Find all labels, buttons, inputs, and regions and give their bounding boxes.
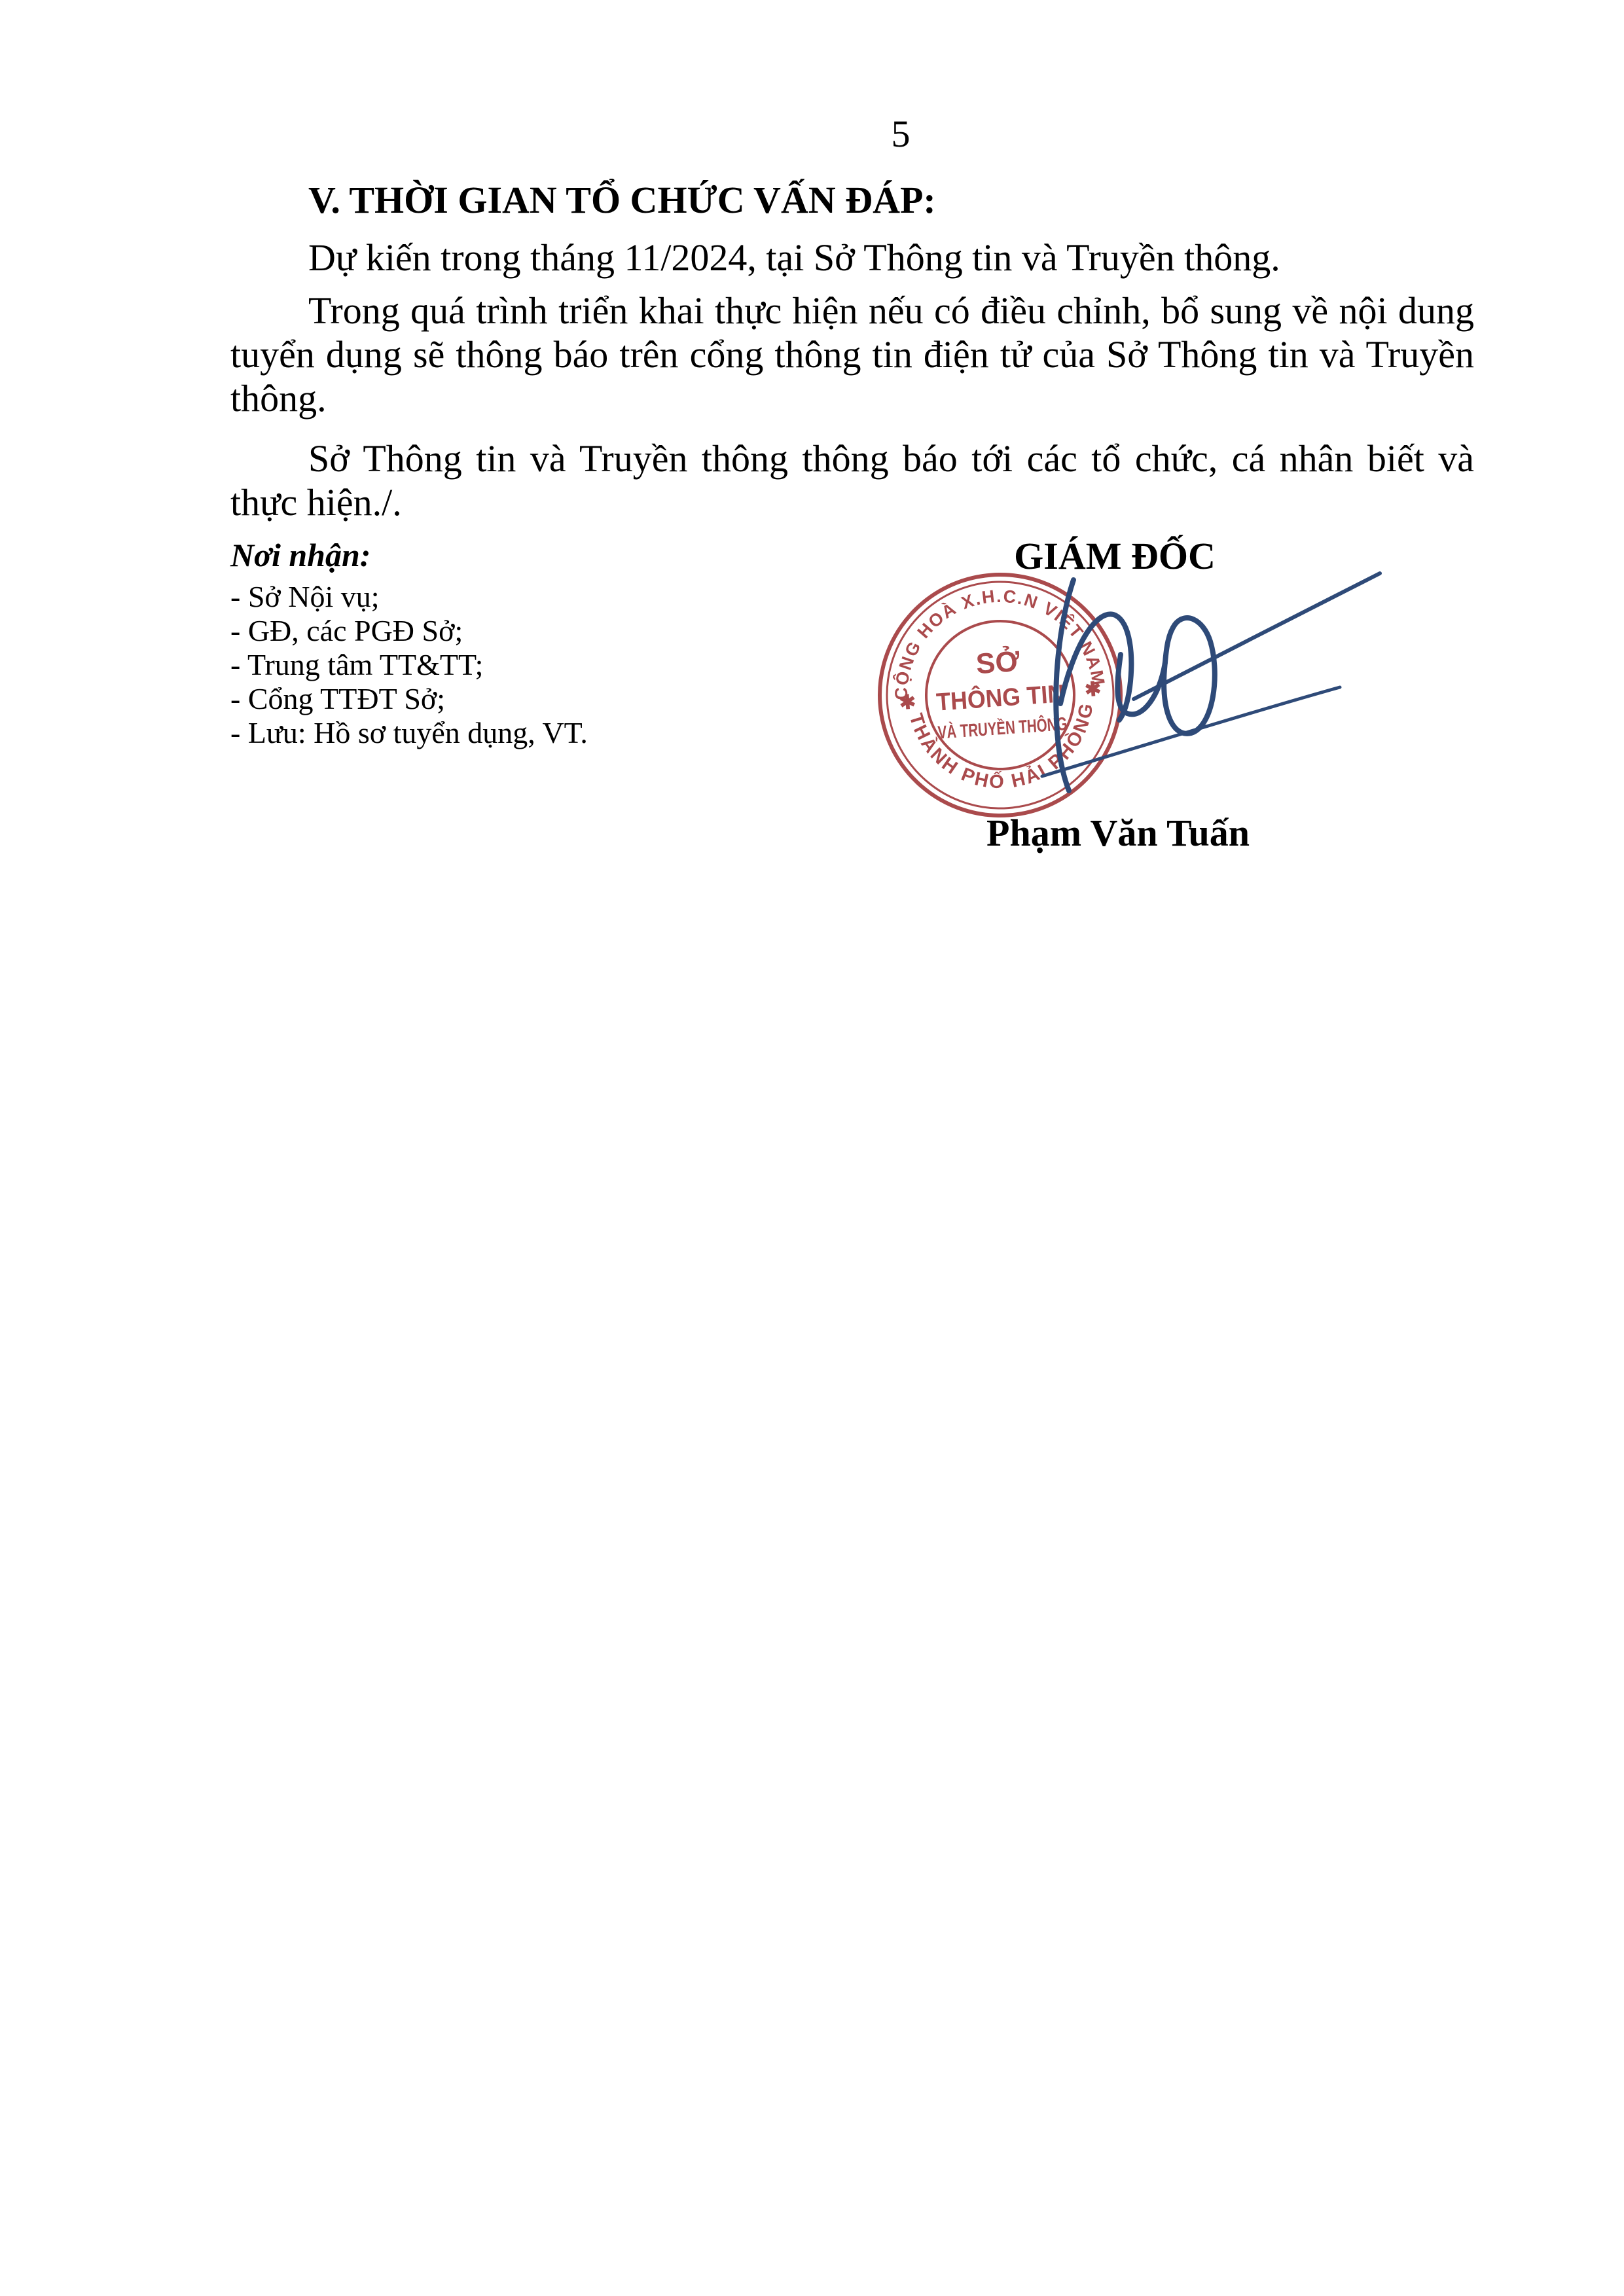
signature-lower-flourish-stroke bbox=[1042, 687, 1340, 776]
document-content: 5 V. THỜI GIAN TỔ CHỨC VẤN ĐÁP: Dự kiến … bbox=[230, 0, 1474, 524]
recipient-item: - GĐ, các PGĐ Sở; bbox=[230, 614, 588, 648]
document-page: 5 V. THỜI GIAN TỔ CHỨC VẤN ĐÁP: Dự kiến … bbox=[0, 0, 1624, 2296]
paragraph-announcement: Sở Thông tin và Truyền thông thông báo t… bbox=[230, 437, 1474, 524]
signer-name: Phạm Văn Tuấn bbox=[915, 812, 1321, 854]
recipient-item: - Cổng TTĐT Sở; bbox=[230, 682, 588, 716]
stamp-center-line-1: SỞ bbox=[975, 644, 1021, 681]
paragraph-schedule: Dự kiến trong tháng 11/2024, tại Sở Thôn… bbox=[230, 236, 1474, 279]
recipient-item: - Sở Nội vụ; bbox=[230, 580, 588, 614]
section-heading: V. THỜI GIAN TỔ CHỨC VẤN ĐÁP: bbox=[230, 177, 1474, 224]
recipient-item: - Lưu: Hồ sơ tuyển dụng, VT. bbox=[230, 716, 588, 750]
page-number: 5 bbox=[230, 111, 1474, 157]
recipients-list: - Sở Nội vụ; - GĐ, các PGĐ Sở; - Trung t… bbox=[230, 580, 588, 750]
paragraph-adjustment-notice: Trong quá trình triển khai thực hiện nếu… bbox=[230, 289, 1474, 420]
handwritten-signature bbox=[1018, 560, 1398, 808]
signature-loop-stroke bbox=[1164, 618, 1215, 734]
recipients-label: Nơi nhận: bbox=[230, 537, 370, 573]
stamp-left-star-icon: ✱ bbox=[899, 691, 916, 714]
recipient-item: - Trung tâm TT&TT; bbox=[230, 648, 588, 682]
